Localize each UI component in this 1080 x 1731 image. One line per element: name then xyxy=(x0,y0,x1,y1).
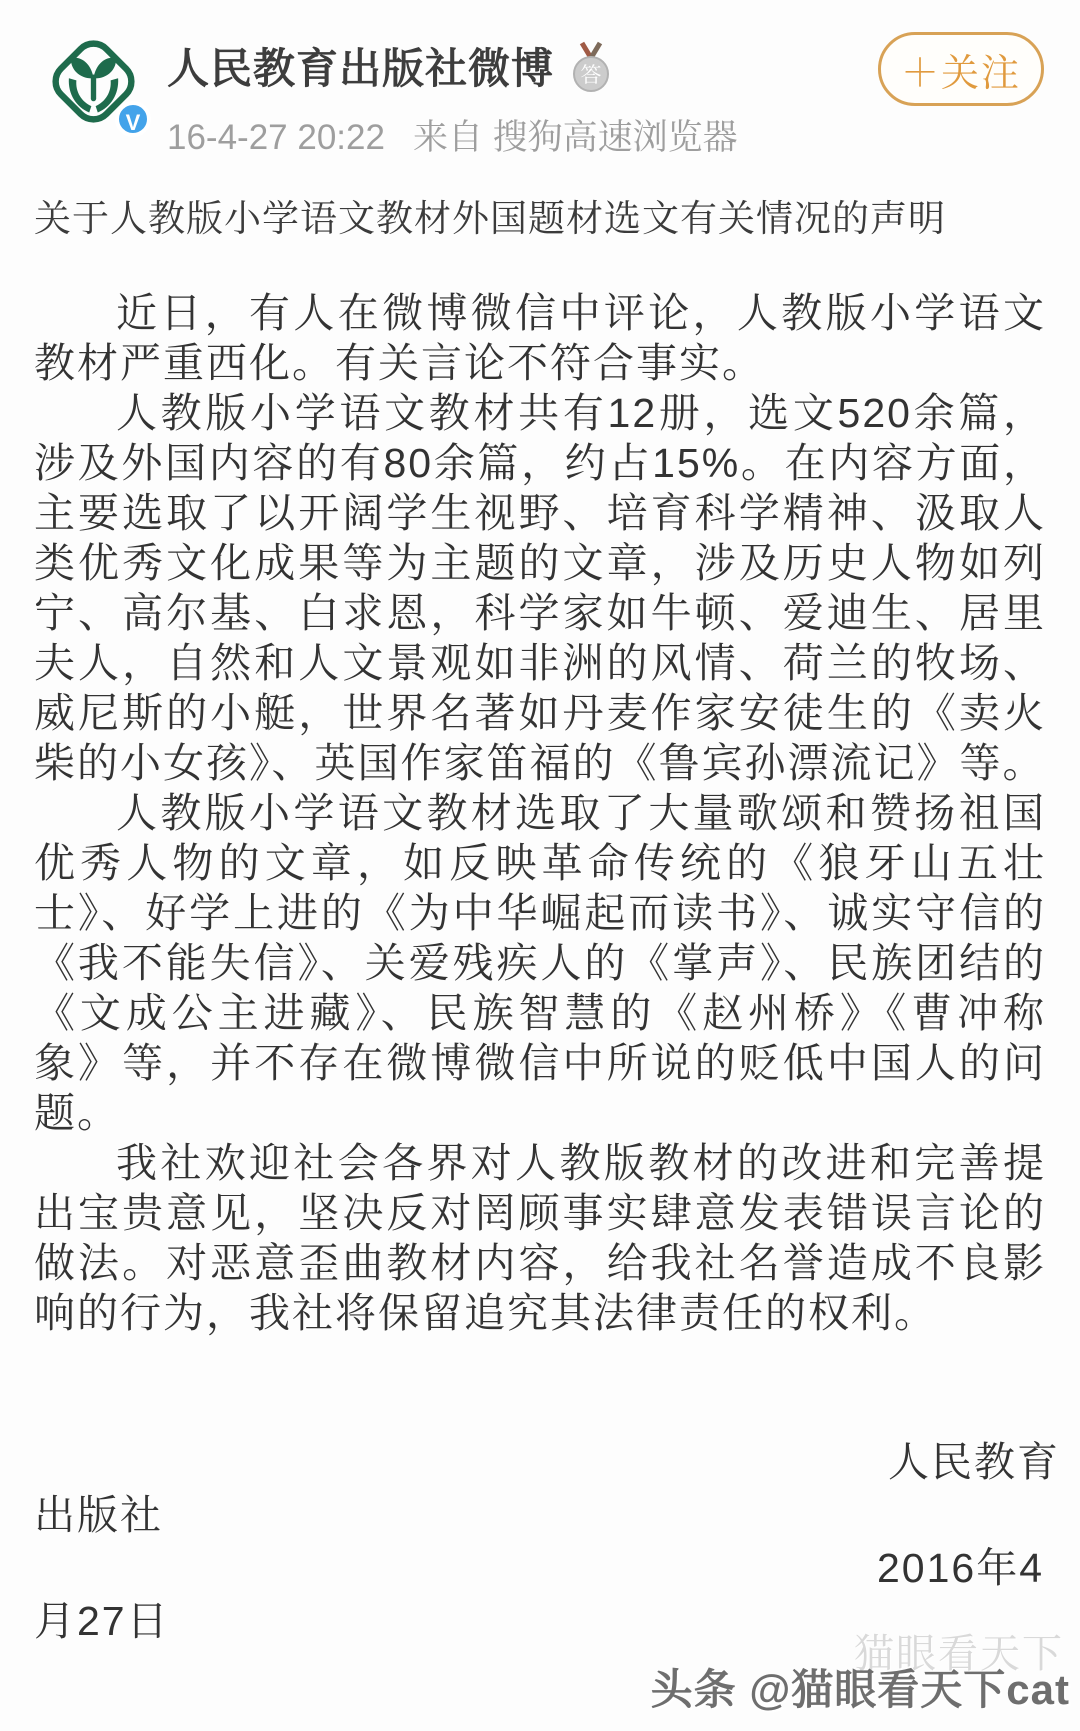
source-link[interactable]: 来自 搜狗高速浏览器 xyxy=(413,118,738,157)
qa-medal-icon[interactable]: 答 xyxy=(568,41,614,95)
timestamp: 16-4-27 20:22 xyxy=(167,118,385,157)
account-name[interactable]: 人民教育出版社微博 xyxy=(167,36,554,96)
signature-block: 人民教育 出版社 2016年4 月27日 xyxy=(34,1436,1060,1648)
paragraph: 人教版小学语文教材选取了大量歌颂和赞扬祖国优秀人物的文章，如反映革命传统的《狼牙… xyxy=(34,788,1046,1138)
weibo-post-screenshot: V 人民教育出版社微博 答 16-4-27 20:22来自 搜狗高速浏览器 ＋关… xyxy=(0,0,1080,1731)
post-header: V 人民教育出版社微博 答 16-4-27 20:22来自 搜狗高速浏览器 ＋关… xyxy=(0,0,1080,160)
paragraph: 人教版小学语文教材共有12册，选文520余篇，涉及外国内容的有80余篇，约占15… xyxy=(34,388,1046,788)
post-article: 关于人教版小学语文教材外国题材选文有关情况的声明 近日，有人在微博微信中评论，人… xyxy=(0,194,1080,1338)
post-title: 关于人教版小学语文教材外国题材选文有关情况的声明 xyxy=(34,194,1046,244)
paragraph: 我社欢迎社会各界对人教版教材的改进和完善提出宝贵意见，坚决反对罔顾事实肆意发表错… xyxy=(34,1138,1046,1338)
post-body: 近日，有人在微博微信中评论，人教版小学语文教材严重西化。有关言论不符合事实。 人… xyxy=(34,288,1046,1338)
watermark: 头条 @猫眼看天下cat xyxy=(651,1657,1070,1717)
post-meta: 16-4-27 20:22来自 搜狗高速浏览器 xyxy=(167,110,738,160)
header-text: 人民教育出版社微博 答 16-4-27 20:22来自 搜狗高速浏览器 xyxy=(167,28,738,160)
signature-line: 2016年4 xyxy=(34,1542,1060,1595)
verified-badge-icon: V xyxy=(115,101,151,137)
paragraph: 近日，有人在微博微信中评论，人教版小学语文教材严重西化。有关言论不符合事实。 xyxy=(34,288,1046,388)
avatar[interactable]: V xyxy=(40,28,147,135)
signature-line: 出版社 xyxy=(34,1489,1060,1542)
svg-text:答: 答 xyxy=(581,64,602,87)
signature-line: 人民教育 xyxy=(34,1436,1060,1489)
follow-button[interactable]: ＋关注 xyxy=(878,32,1044,106)
